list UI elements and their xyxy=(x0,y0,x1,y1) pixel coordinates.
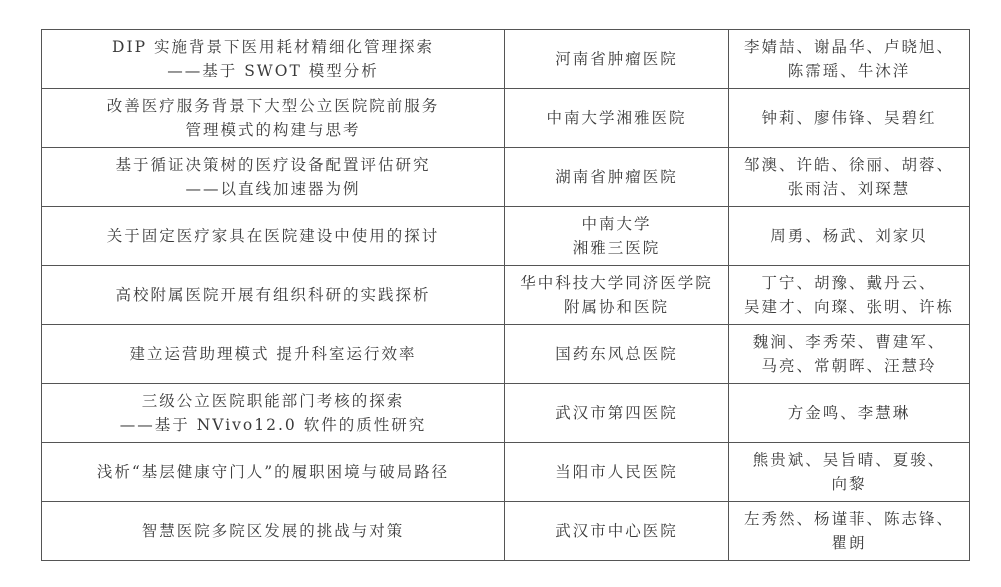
institution-line: 河南省肿瘤医院 xyxy=(509,47,724,71)
papers-table: DIP 实施背景下医用耗材精细化管理探索——基于 SWOT 模型分析河南省肿瘤医… xyxy=(41,29,970,561)
paper-title-cell: 浅析“基层健康守门人”的履职困境与破局路径 xyxy=(42,443,505,502)
institution-cell: 武汉市中心医院 xyxy=(505,502,729,561)
institution-line: 华中科技大学同济医学院 xyxy=(509,271,724,295)
institution-cell: 当阳市人民医院 xyxy=(505,443,729,502)
institution-line: 国药东风总医院 xyxy=(509,342,724,366)
paper-title-line: 浅析“基层健康守门人”的履职困境与破局路径 xyxy=(46,460,500,484)
authors-line: 马亮、常朝晖、汪慧玲 xyxy=(733,354,965,378)
table-row: 三级公立医院职能部门考核的探索——基于 NVivo12.0 软件的质性研究武汉市… xyxy=(42,384,970,443)
paper-title-line: 基于循证决策树的医疗设备配置评估研究 xyxy=(46,153,500,177)
authors-cell: 丁宁、胡豫、戴丹云、吴建才、向璨、张明、许栋 xyxy=(729,266,970,325)
institution-line: 中南大学 xyxy=(509,212,724,236)
authors-line: 向黎 xyxy=(733,472,965,496)
paper-title-line: 三级公立医院职能部门考核的探索 xyxy=(46,389,500,413)
paper-title-line: ——基于 NVivo12.0 软件的质性研究 xyxy=(46,413,500,437)
authors-line: 邹澳、许皓、徐丽、胡蓉、 xyxy=(733,153,965,177)
authors-cell: 邹澳、许皓、徐丽、胡蓉、张雨洁、刘琛慧 xyxy=(729,148,970,207)
authors-line: 熊贵斌、吴旨晴、夏骏、 xyxy=(733,448,965,472)
institution-line: 附属协和医院 xyxy=(509,295,724,319)
institution-cell: 华中科技大学同济医学院附属协和医院 xyxy=(505,266,729,325)
institution-cell: 武汉市第四医院 xyxy=(505,384,729,443)
institution-line: 湖南省肿瘤医院 xyxy=(509,165,724,189)
authors-line: 钟莉、廖伟锋、吴碧红 xyxy=(733,106,965,130)
institution-line: 中南大学湘雅医院 xyxy=(509,106,724,130)
institution-line: 当阳市人民医院 xyxy=(509,460,724,484)
authors-line: 张雨洁、刘琛慧 xyxy=(733,177,965,201)
paper-title-line: ——以直线加速器为例 xyxy=(46,177,500,201)
table-row: DIP 实施背景下医用耗材精细化管理探索——基于 SWOT 模型分析河南省肿瘤医… xyxy=(42,30,970,89)
paper-title-cell: 建立运营助理模式 提升科室运行效率 xyxy=(42,325,505,384)
paper-title-cell: 智慧医院多院区发展的挑战与对策 xyxy=(42,502,505,561)
authors-line: 瞿朗 xyxy=(733,531,965,555)
authors-line: 周勇、杨武、刘家贝 xyxy=(733,224,965,248)
institution-cell: 国药东风总医院 xyxy=(505,325,729,384)
institution-line: 湘雅三医院 xyxy=(509,236,724,260)
table-row: 关于固定医疗家具在医院建设中使用的探讨中南大学湘雅三医院周勇、杨武、刘家贝 xyxy=(42,207,970,266)
authors-line: 左秀然、杨谨菲、陈志锋、 xyxy=(733,507,965,531)
paper-title-cell: 改善医疗服务背景下大型公立医院院前服务管理模式的构建与思考 xyxy=(42,89,505,148)
authors-cell: 钟莉、廖伟锋、吴碧红 xyxy=(729,89,970,148)
authors-line: 方金鸣、李慧琳 xyxy=(733,401,965,425)
paper-title-cell: 关于固定医疗家具在医院建设中使用的探讨 xyxy=(42,207,505,266)
authors-cell: 周勇、杨武、刘家贝 xyxy=(729,207,970,266)
authors-line: 丁宁、胡豫、戴丹云、 xyxy=(733,271,965,295)
paper-title-line: 关于固定医疗家具在医院建设中使用的探讨 xyxy=(46,224,500,248)
institution-cell: 中南大学湘雅三医院 xyxy=(505,207,729,266)
institution-line: 武汉市第四医院 xyxy=(509,401,724,425)
paper-title-cell: 高校附属医院开展有组织科研的实践探析 xyxy=(42,266,505,325)
paper-title-line: 建立运营助理模式 提升科室运行效率 xyxy=(46,342,500,366)
authors-cell: 魏涧、李秀荣、曹建军、马亮、常朝晖、汪慧玲 xyxy=(729,325,970,384)
papers-table-body: DIP 实施背景下医用耗材精细化管理探索——基于 SWOT 模型分析河南省肿瘤医… xyxy=(42,30,970,561)
paper-title-cell: 基于循证决策树的医疗设备配置评估研究——以直线加速器为例 xyxy=(42,148,505,207)
table-row: 改善医疗服务背景下大型公立医院院前服务管理模式的构建与思考中南大学湘雅医院钟莉、… xyxy=(42,89,970,148)
table-row: 高校附属医院开展有组织科研的实践探析华中科技大学同济医学院附属协和医院丁宁、胡豫… xyxy=(42,266,970,325)
paper-title-line: 智慧医院多院区发展的挑战与对策 xyxy=(46,519,500,543)
table-row: 浅析“基层健康守门人”的履职困境与破局路径当阳市人民医院熊贵斌、吴旨晴、夏骏、向… xyxy=(42,443,970,502)
paper-title-line: 改善医疗服务背景下大型公立医院院前服务 xyxy=(46,94,500,118)
institution-cell: 河南省肿瘤医院 xyxy=(505,30,729,89)
table-row: 智慧医院多院区发展的挑战与对策武汉市中心医院左秀然、杨谨菲、陈志锋、瞿朗 xyxy=(42,502,970,561)
authors-line: 吴建才、向璨、张明、许栋 xyxy=(733,295,965,319)
paper-title-line: 管理模式的构建与思考 xyxy=(46,118,500,142)
authors-line: 陈霈瑶、牛沐洋 xyxy=(733,59,965,83)
authors-line: 魏涧、李秀荣、曹建军、 xyxy=(733,330,965,354)
paper-title-cell: 三级公立医院职能部门考核的探索——基于 NVivo12.0 软件的质性研究 xyxy=(42,384,505,443)
institution-cell: 湖南省肿瘤医院 xyxy=(505,148,729,207)
institution-line: 武汉市中心医院 xyxy=(509,519,724,543)
authors-cell: 方金鸣、李慧琳 xyxy=(729,384,970,443)
paper-title-line: DIP 实施背景下医用耗材精细化管理探索 xyxy=(46,35,500,59)
paper-title-cell: DIP 实施背景下医用耗材精细化管理探索——基于 SWOT 模型分析 xyxy=(42,30,505,89)
authors-cell: 左秀然、杨谨菲、陈志锋、瞿朗 xyxy=(729,502,970,561)
institution-cell: 中南大学湘雅医院 xyxy=(505,89,729,148)
table-row: 基于循证决策树的医疗设备配置评估研究——以直线加速器为例湖南省肿瘤医院邹澳、许皓… xyxy=(42,148,970,207)
paper-title-line: ——基于 SWOT 模型分析 xyxy=(46,59,500,83)
authors-cell: 李婧喆、谢晶华、卢晓旭、陈霈瑶、牛沐洋 xyxy=(729,30,970,89)
authors-line: 李婧喆、谢晶华、卢晓旭、 xyxy=(733,35,965,59)
paper-title-line: 高校附属医院开展有组织科研的实践探析 xyxy=(46,283,500,307)
authors-cell: 熊贵斌、吴旨晴、夏骏、向黎 xyxy=(729,443,970,502)
table-row: 建立运营助理模式 提升科室运行效率国药东风总医院魏涧、李秀荣、曹建军、马亮、常朝… xyxy=(42,325,970,384)
